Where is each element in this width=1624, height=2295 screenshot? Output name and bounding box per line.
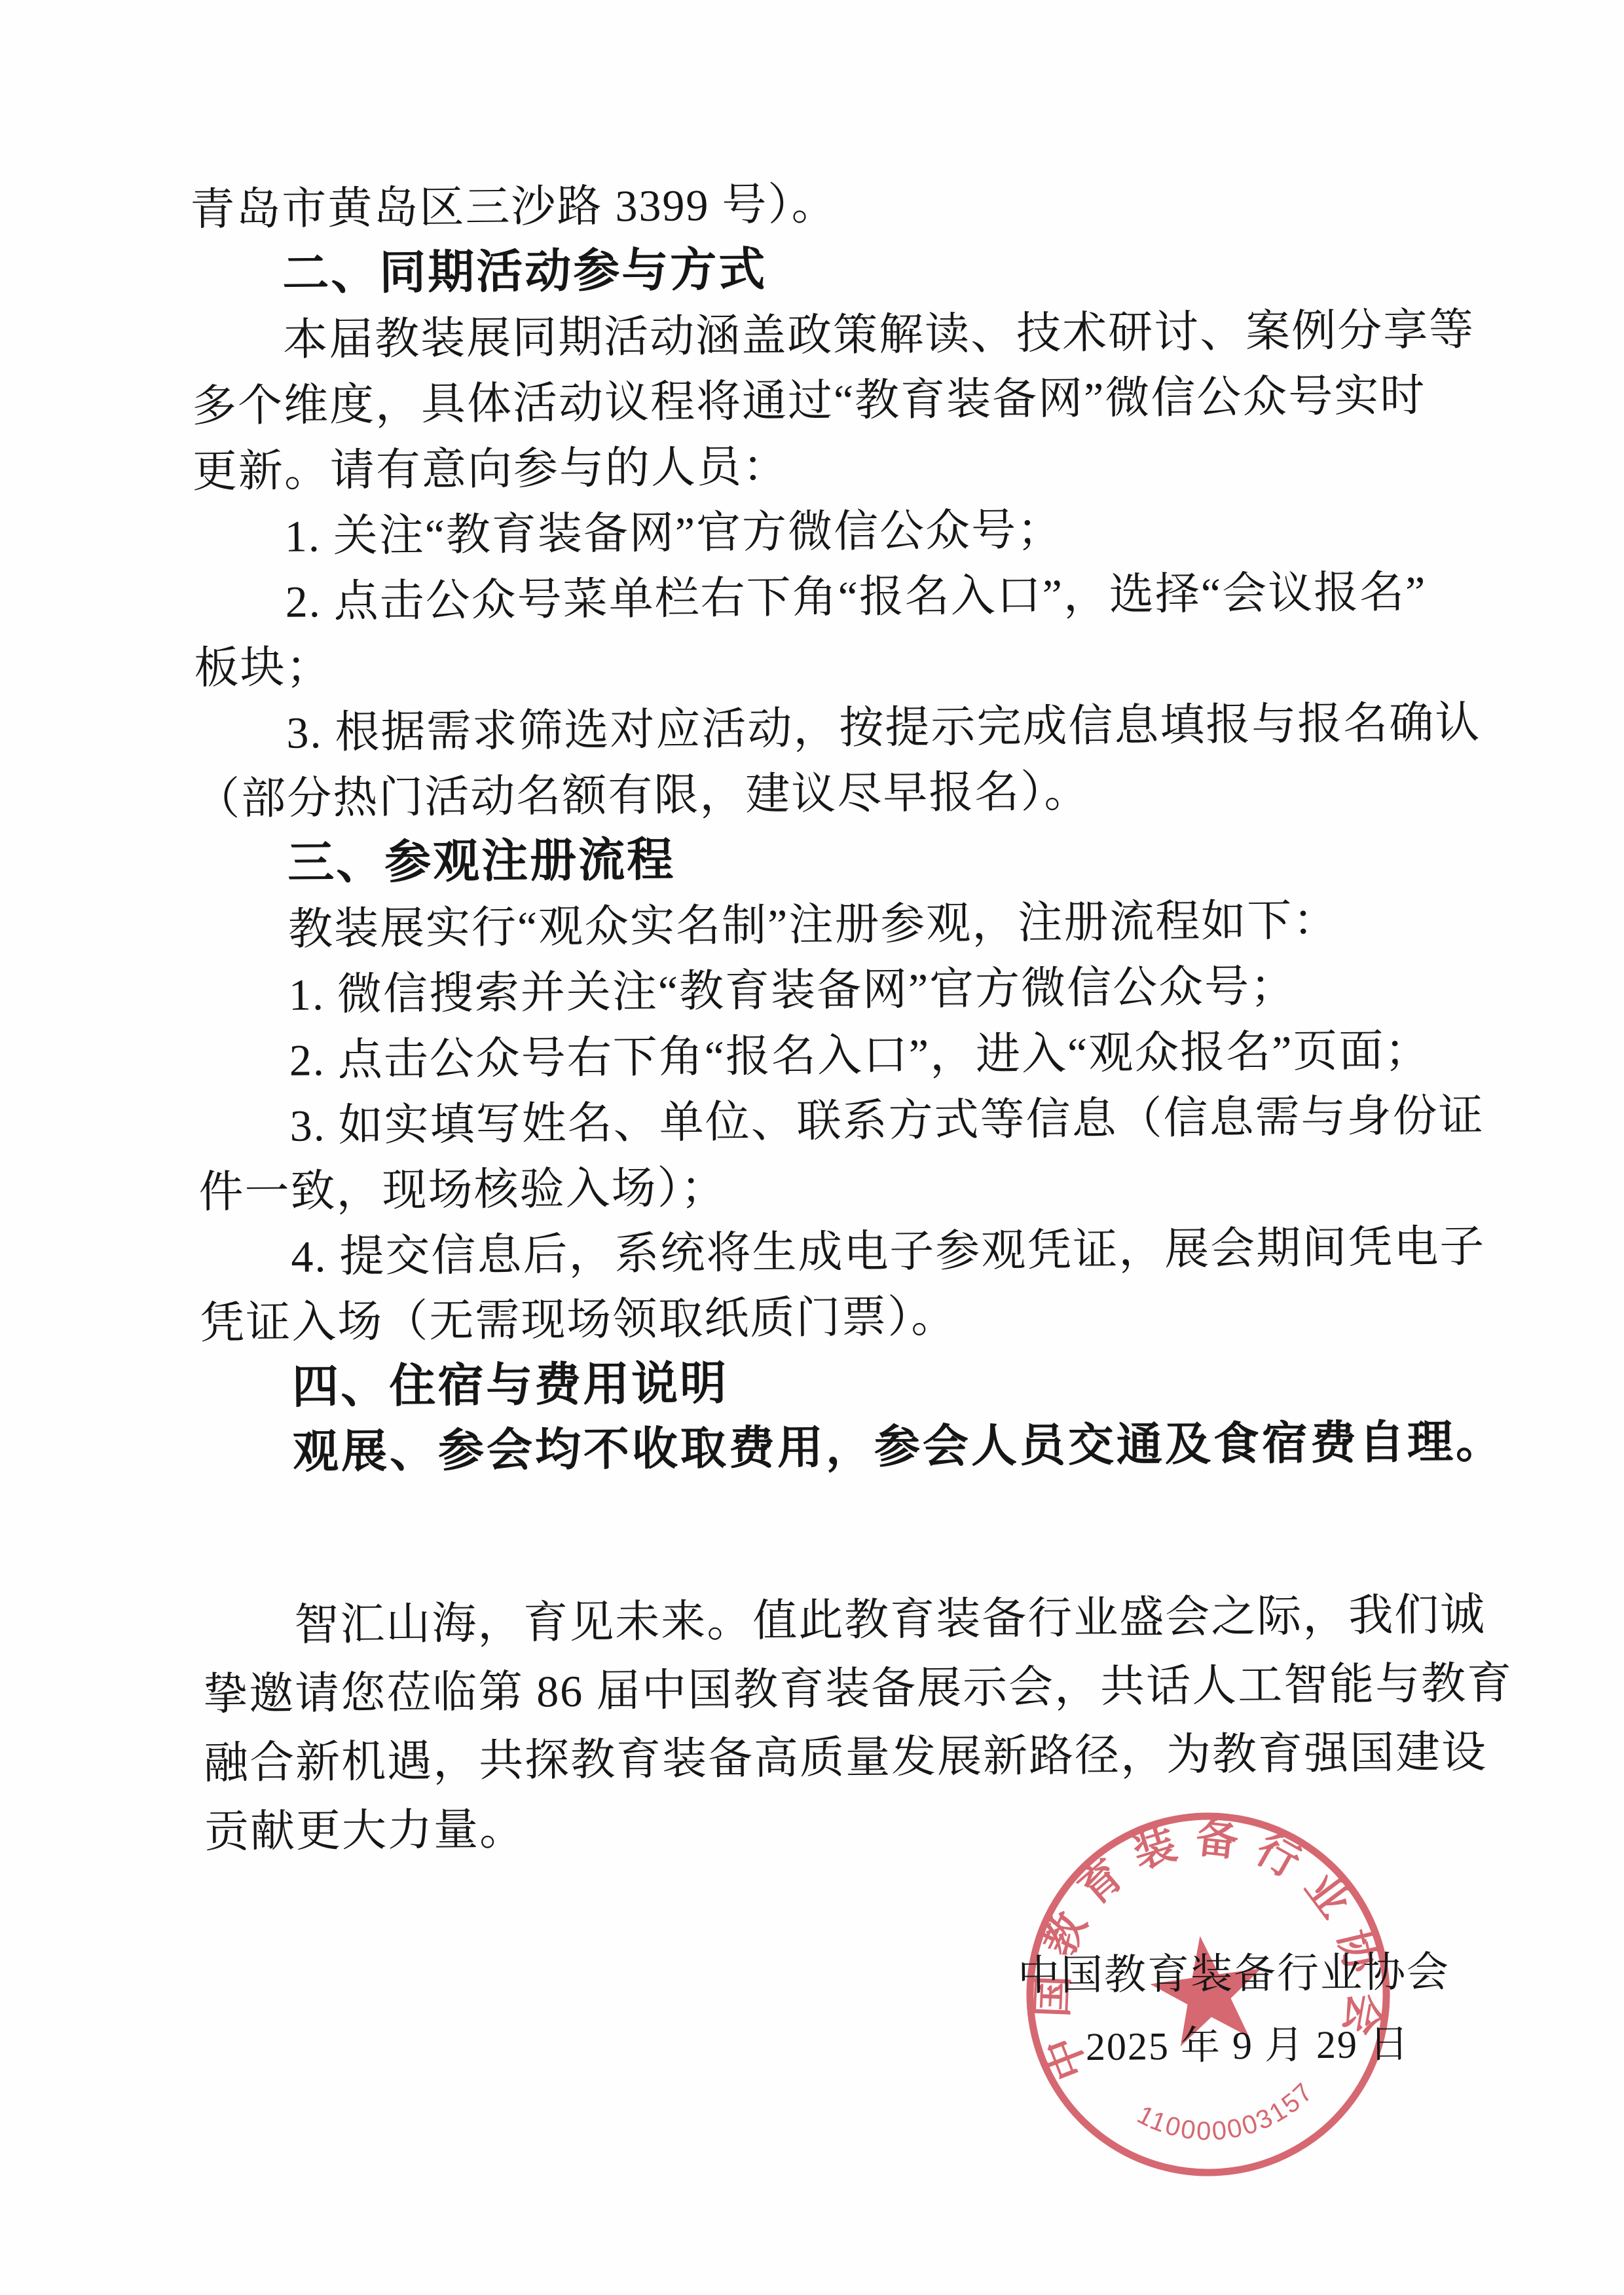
doc-line: 板块； [194, 624, 1439, 701]
doc-line: 融合新机遇，共探教育装备高质量发展新路径，为教育强国建设 [204, 1718, 1449, 1798]
letter-body: 青岛市黄岛区三沙路 3399 号）。 二、同期活动参与方式 本届教装展同期活动涵… [190, 166, 1450, 2082]
doc-list-item: 1. 微信搜索并关注“教育装备网”官方微信公众号； [196, 952, 1441, 1028]
doc-line: 贡献更大力量。 [204, 1787, 1449, 1867]
section-heading-4: 四、住宿与费用说明 [200, 1345, 1445, 1421]
doc-line: 智汇山海，育见未来。值此教育装备行业盛会之际，我们诚 [202, 1580, 1447, 1660]
doc-list-item: 2. 点击公众号菜单栏右下角“报名入口”，选择“会议报名” [193, 559, 1438, 635]
doc-line: 多个维度，具体活动议程将通过“教育装备网”微信公众号实时 [192, 362, 1437, 439]
doc-line: 更新。请有意向参与的人员： [192, 428, 1437, 504]
doc-line: 本届教装展同期活动涵盖政策解读、技术研讨、案例分享等 [191, 297, 1436, 373]
doc-list-item: 3. 如实填写姓名、单位、联系方式等信息（信息需与身份证 [198, 1083, 1443, 1159]
closing-paragraph: 智汇山海，育见未来。值此教育装备行业盛会之际，我们诚 挚邀请您莅临第 86 届中… [202, 1580, 1449, 1867]
fee-notice-line: 观展、参会均不收取费用，参会人员交通及食宿费自理。 [201, 1410, 1446, 1487]
doc-line: 挚邀请您莅临第 86 届中国教育装备展示会，共话人工智能与教育 [203, 1649, 1448, 1729]
signature-organization: 中国教育装备行业协会 [206, 1944, 1450, 2011]
doc-line: 青岛市黄岛区三沙路 3399 号）。 [190, 166, 1435, 242]
signature-date: 2025 年 9 月 29 日 [206, 2016, 1451, 2083]
doc-list-item: 2. 点击公众号右下角“报名入口”，进入“观众报名”页面； [197, 1017, 1442, 1094]
section-heading-2: 二、同期活动参与方式 [191, 231, 1435, 308]
document-page: 中国教育装备行业协会 1100000031573 青岛市黄岛区三沙路 3399 … [0, 0, 1624, 2295]
doc-line: 件一致，现场核验入场）； [198, 1148, 1443, 1225]
doc-list-item: 3. 根据需求筛选对应活动，按提示完成信息填报与报名确认 [194, 690, 1439, 766]
doc-list-item: 4. 提交信息后，系统将生成电子参观凭证，展会期间凭电子 [199, 1214, 1444, 1290]
doc-list-item: 1. 关注“教育装备网”官方微信公众号； [193, 493, 1437, 570]
doc-line: 凭证入场（无需现场领取纸质门票）。 [200, 1279, 1445, 1356]
doc-line: （部分热门活动名额有限，建议尽早报名）。 [195, 755, 1440, 832]
section-heading-3: 三、参观注册流程 [196, 821, 1441, 897]
doc-line: 教装展实行“观众实名制”注册参观，注册流程如下： [196, 886, 1441, 963]
